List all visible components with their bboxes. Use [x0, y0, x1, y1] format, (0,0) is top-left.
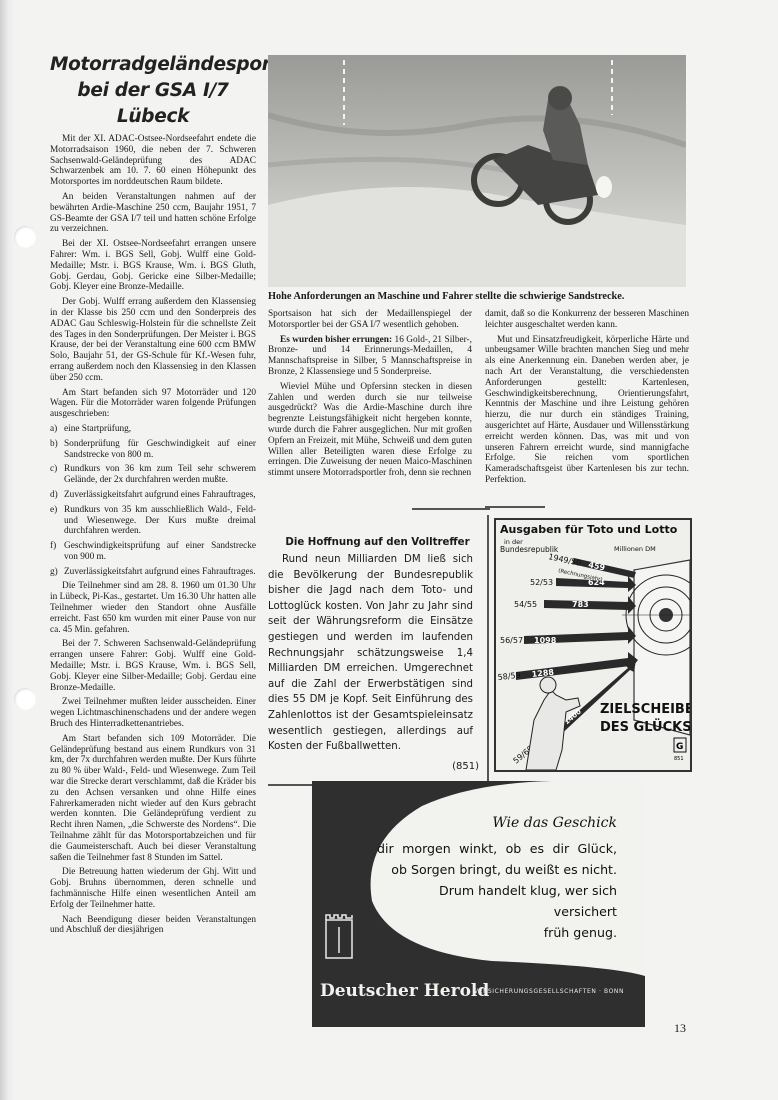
- sidebar-reference: (851): [268, 761, 487, 772]
- paragraph: damit, daß so die Konkurrenz der bessere…: [485, 309, 689, 331]
- paragraph: Mut und Einsatzfreudigkeit, körperliche …: [485, 335, 689, 486]
- list-marker: g): [50, 567, 64, 578]
- svg-text:1098: 1098: [534, 636, 557, 645]
- list-item: a)eine Startprüfung,: [50, 424, 256, 435]
- chart-graphic: Ausgaben für Toto und Lotto in der Bunde…: [496, 520, 690, 770]
- motorcycle-photo: [268, 55, 686, 287]
- svg-text:783: 783: [572, 600, 589, 609]
- paragraph: Der Gobj. Wulff errang außerdem den Klas…: [50, 297, 256, 383]
- ad-verse-line: ob Sorgen bringt, du weißt es nicht.: [377, 859, 617, 880]
- insurance-advertisement: Wie das Geschick dir morgen winkt, ob es…: [312, 781, 645, 1027]
- list-marker: b): [50, 439, 64, 461]
- paragraph: Sportsaison hat sich der Medaillenspiege…: [268, 309, 472, 331]
- chart-slogan: ZIELSCHEIBE: [600, 702, 690, 717]
- ad-verse-line: Drum handelt klug, wer sich versichert: [377, 880, 617, 922]
- svg-text:54/55: 54/55: [514, 600, 537, 609]
- ad-verse-line: dir morgen winkt, ob es dir Glück,: [377, 838, 617, 859]
- paragraph: Nach Beendigung dieser beiden Veranstalt…: [50, 915, 256, 937]
- list-marker: a): [50, 424, 64, 435]
- ad-verse-line: früh genug.: [377, 922, 617, 943]
- title-line-1: Motorradgeländesport: [50, 54, 279, 75]
- svg-text:851: 851: [674, 756, 684, 762]
- sand-track-image: [268, 55, 686, 287]
- list-item: g)Zuverlässigkeitsfahrt aufgrund eines F…: [50, 567, 256, 578]
- punch-hole: [14, 688, 36, 710]
- list-text: Zuverlässigkeitsfahrt aufgrund eines Fah…: [64, 567, 256, 578]
- article-column-2: Sportsaison hat sich der Medaillenspiege…: [268, 309, 472, 483]
- list-item: e)Rundkurs von 35 km ausschließlich Wald…: [50, 505, 256, 537]
- paragraph: An beiden Veranstaltungen nahmen auf der…: [50, 192, 256, 235]
- ad-brand-subtitle: VERSICHERUNGSGESELLSCHAFTEN · BONN: [474, 988, 624, 995]
- list-text: Zuverlässigkeitsfahrt aufgrund eines Fah…: [64, 490, 256, 501]
- paragraph: Zwei Teilnehmer mußten leider ausscheide…: [50, 697, 256, 729]
- bold-lead: Es wurden bisher errungen:: [280, 335, 392, 345]
- title-line-2: bei der GSA I/7 Lübeck: [77, 80, 228, 127]
- sidebar-box: Die Hoffnung auf den Volltreffer Rund ne…: [268, 515, 489, 783]
- list-marker: e): [50, 505, 64, 537]
- divider-line: [412, 508, 490, 510]
- paragraph: Bei der 7. Schweren Sachsenwald-Geländep…: [50, 639, 256, 693]
- sidebar-heading: Die Hoffnung auf den Volltreffer: [268, 537, 487, 548]
- svg-text:56/57: 56/57: [500, 636, 523, 645]
- list-marker: d): [50, 490, 64, 501]
- chart-slogan: DES GLÜCKS: [600, 719, 690, 735]
- divider-line: [485, 506, 545, 508]
- article-title: Motorradgeländesport bei der GSA I/7 Lüb…: [50, 52, 256, 130]
- list-text: eine Startprüfung,: [64, 424, 256, 435]
- list-item: d)Zuverlässigkeitsfahrt aufgrund eines F…: [50, 490, 256, 501]
- punch-hole: [14, 226, 36, 248]
- page-edge-shadow: [0, 0, 14, 1100]
- list-item: b)Sonderprüfung für Geschwindigkeit auf …: [50, 439, 256, 461]
- list-item: f)Geschwindigkeitsprüfung auf einer Sand…: [50, 541, 256, 563]
- paragraph: Es wurden bisher errungen: 16 Gold-, 21 …: [268, 335, 472, 378]
- list-item: c)Rundkurs von 36 km zum Teil sehr schwe…: [50, 464, 256, 486]
- article-column-1: Motorradgeländesport bei der GSA I/7 Lüb…: [50, 52, 256, 940]
- paragraph: Am Start befanden sich 109 Motorräder. D…: [50, 734, 256, 864]
- svg-text:1949/50: 1949/50: [548, 552, 582, 568]
- paragraph: Die Betreuung hatten wiederum der Ghj. W…: [50, 867, 256, 910]
- page-number: 13: [674, 1021, 686, 1036]
- chart-unit: Millionen DM: [614, 545, 656, 553]
- list-text: Rundkurs von 36 km zum Teil sehr schwere…: [64, 464, 256, 486]
- toto-lotto-chart: Ausgaben für Toto und Lotto in der Bunde…: [494, 518, 692, 772]
- paragraph: Mit der XI. ADAC-Ostsee-Nordseefahrt end…: [50, 134, 256, 188]
- paragraph: Wieviel Mühe und Opfersinn stecken in di…: [268, 382, 472, 479]
- list-marker: f): [50, 541, 64, 563]
- list-text: Rundkurs von 35 km ausschließlich Wald-,…: [64, 505, 256, 537]
- list-marker: c): [50, 464, 64, 486]
- list-text: Geschwindigkeitsprüfung auf einer Sandst…: [64, 541, 256, 563]
- article-column-3: damit, daß so die Konkurrenz der bessere…: [485, 309, 689, 490]
- ad-brand: Deutscher Herold: [320, 981, 489, 1001]
- svg-text:G: G: [676, 742, 683, 752]
- photo-caption: Hohe Anforderungen an Maschine und Fahre…: [268, 290, 688, 303]
- paragraph: Bei der XI. Ostsee-Nordseefahrt errangen…: [50, 239, 256, 293]
- list-text: Sonderprüfung für Geschwindigkeit auf ei…: [64, 439, 256, 461]
- svg-text:52/53: 52/53: [530, 578, 553, 587]
- paragraph: Am Start befanden sich 97 Motorräder und…: [50, 388, 256, 420]
- paragraph: Die Teilnehmer sind am 28. 8. 1960 um 01…: [50, 581, 256, 635]
- sidebar-body: Rund neun Milliarden DM ließ sich die Be…: [268, 552, 487, 755]
- ad-verse: dir morgen winkt, ob es dir Glück, ob So…: [377, 838, 617, 943]
- chart-title: Ausgaben für Toto und Lotto: [500, 523, 678, 536]
- ad-script-line: Wie das Geschick: [492, 815, 617, 831]
- svg-text:58/59: 58/59: [497, 671, 521, 682]
- svg-text:459: 459: [588, 560, 607, 572]
